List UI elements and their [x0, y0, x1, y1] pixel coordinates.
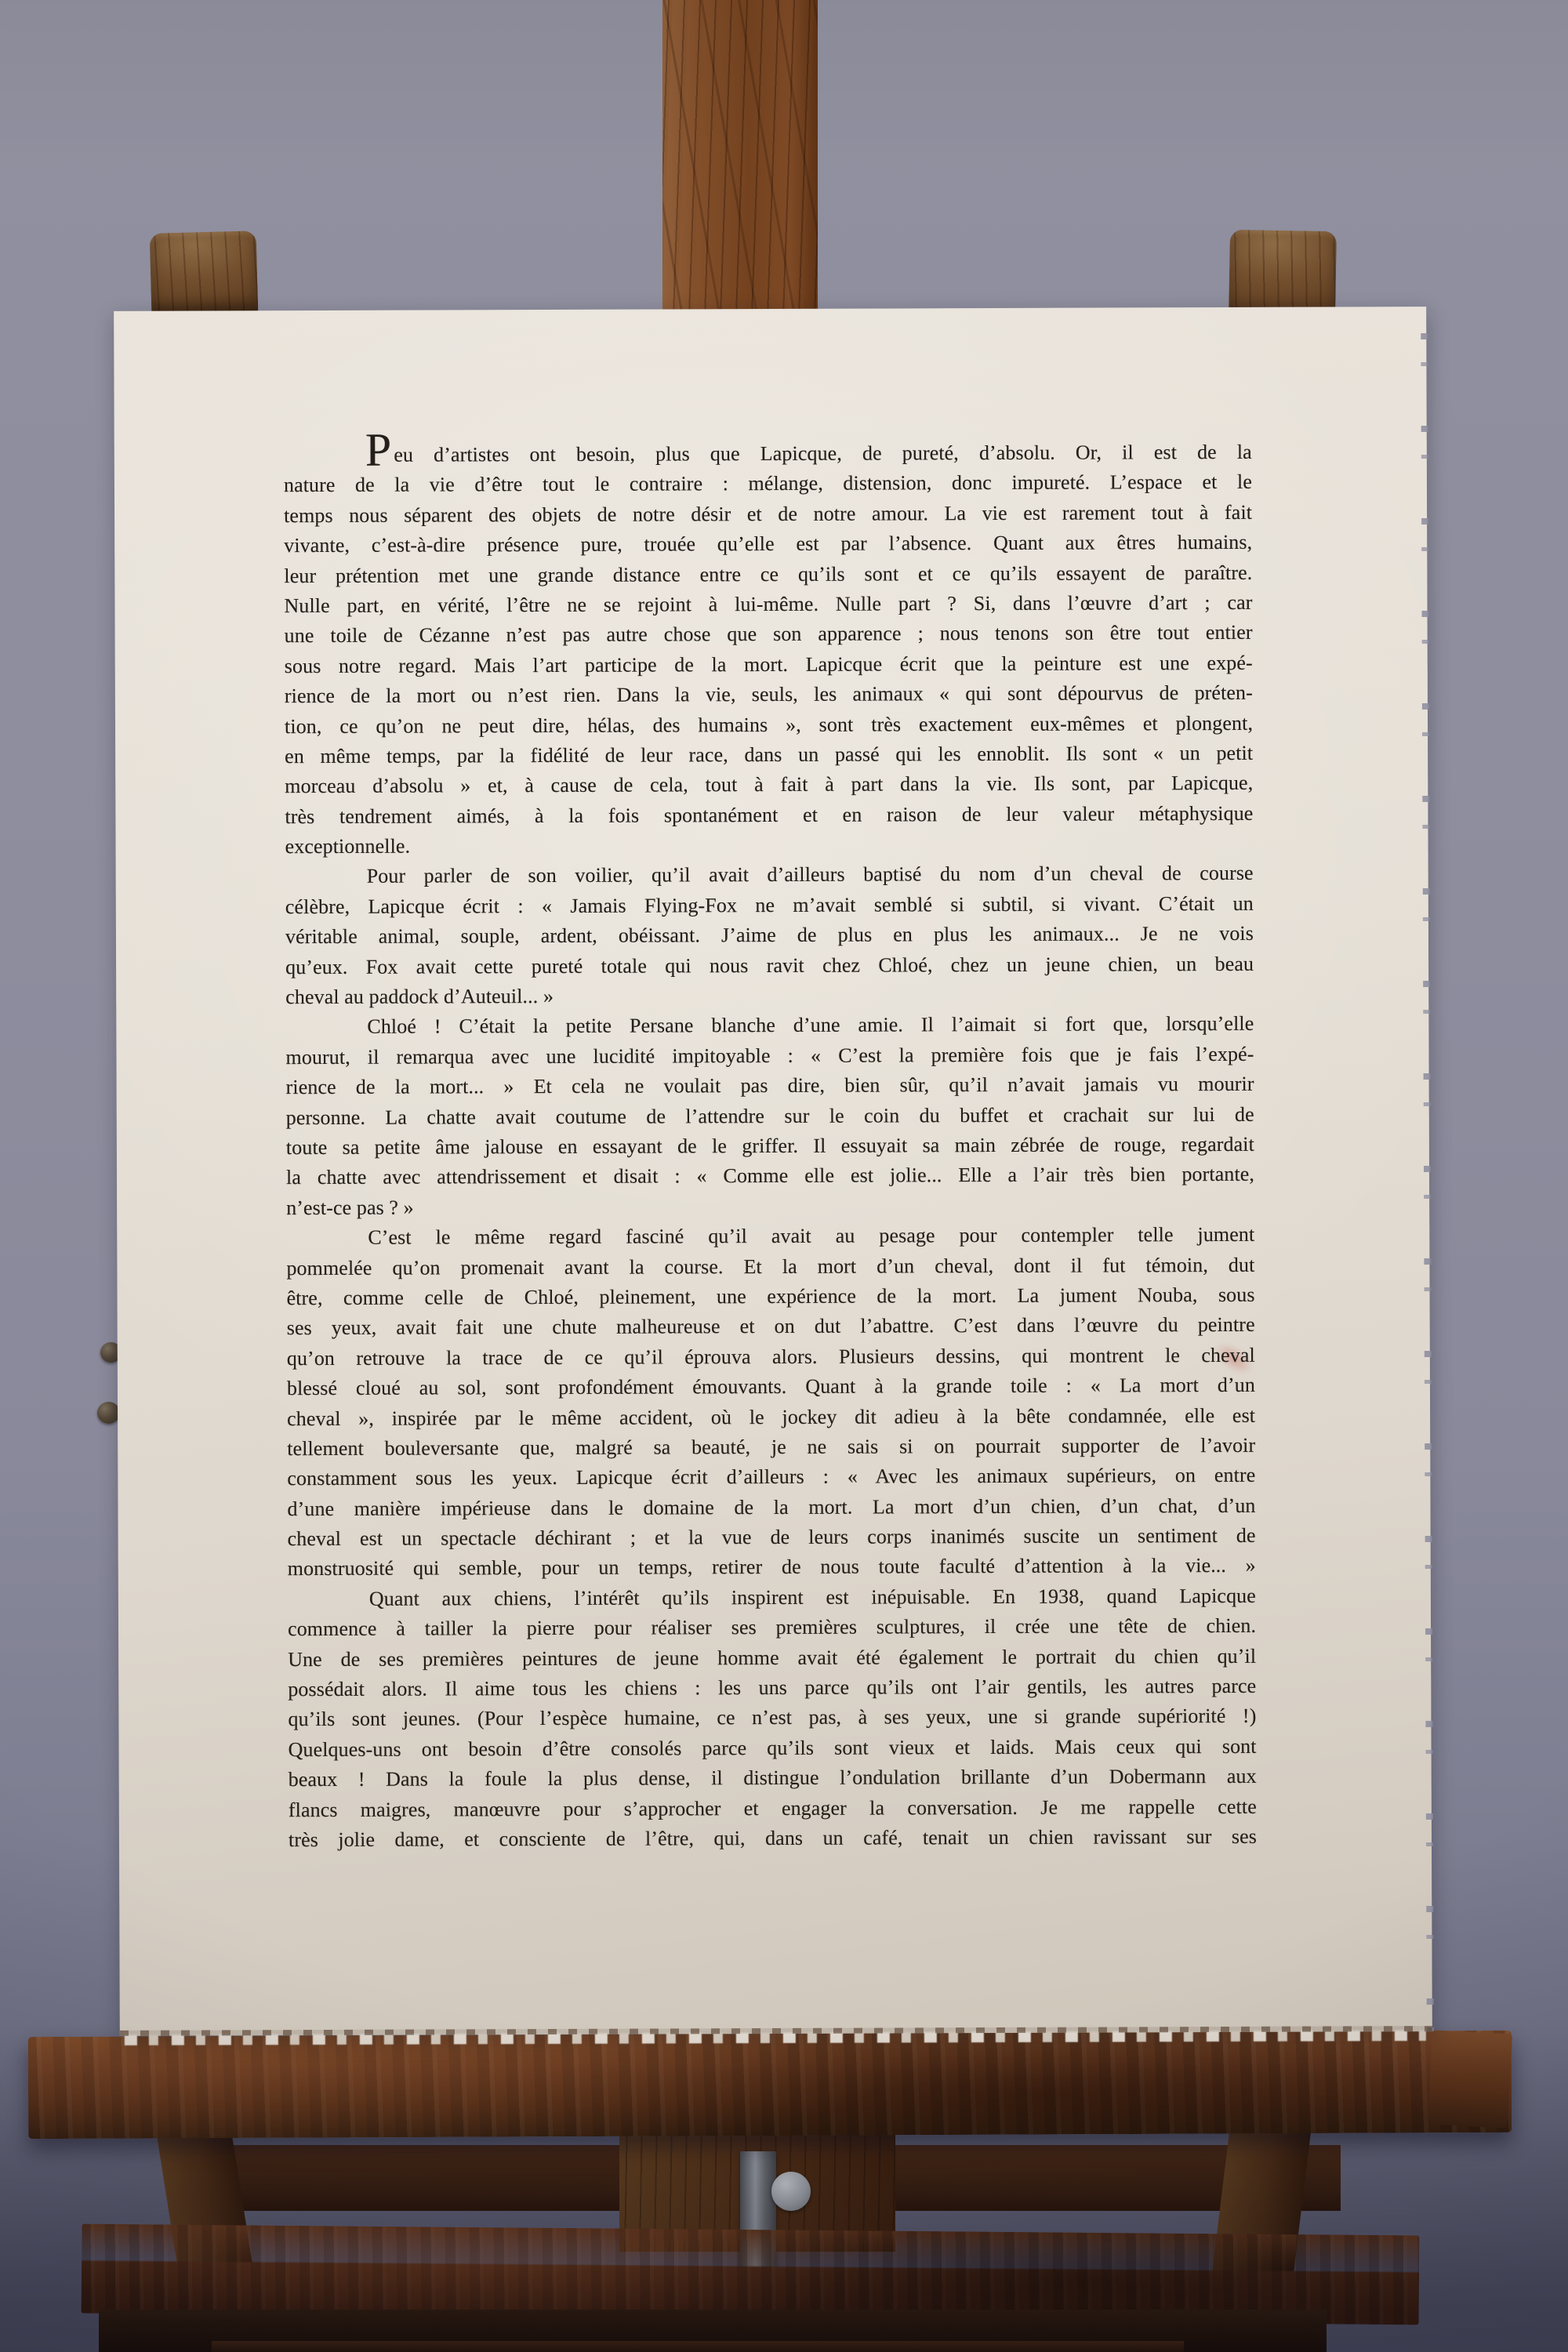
text-line: qu’on retrouve la trace de ce qu’il épro…	[287, 1341, 1255, 1374]
drop-cap: P	[365, 424, 392, 476]
text-line: rience de la mort... » Et cela ne voulai…	[286, 1069, 1254, 1103]
text-line: toute sa petite âme jalouse en essayant …	[286, 1130, 1254, 1163]
text-line: Peu d’artistes ont besoin, plus que Lapi…	[284, 437, 1252, 471]
easel-pin-icon	[97, 1402, 120, 1424]
text-line: vivante, c’est-à-dire présence pure, tro…	[284, 528, 1252, 561]
text-line: nature de la vie d’être tout le contrair…	[284, 467, 1252, 501]
easel-left-stile-top	[150, 230, 259, 315]
text-line: tion, ce qu’on ne peut dire, hélas, des …	[285, 708, 1253, 742]
text-line: cheval est un spectacle déchirant ; et l…	[288, 1521, 1256, 1555]
text-line: sous notre regard. Mais l’art participe …	[285, 648, 1253, 682]
page-bottom-edge-shadow	[120, 2026, 1432, 2036]
text-line: mourut, il remarqua avec une lucidité im…	[285, 1040, 1254, 1073]
text-line: la chatte avec attendrissement et disait…	[286, 1160, 1254, 1193]
text-line: morceau d’absolu » et, à cause de cela, …	[285, 768, 1253, 802]
text-line: temps nous séparent des objets de notre …	[284, 498, 1252, 532]
text-line: ses yeux, avait fait une chute malheureu…	[287, 1310, 1255, 1344]
text-line: monstruosité qui semble, pour un temps, …	[288, 1551, 1256, 1584]
text-line: cheval », inspirée par le même accident,…	[287, 1400, 1255, 1434]
book-page: Peu d’artistes ont besoin, plus que Lapi…	[114, 307, 1432, 2036]
text-block: Peu d’artistes ont besoin, plus que Lapi…	[284, 437, 1257, 1856]
easel-right-stile-top	[1229, 230, 1337, 319]
easel-base-edge	[212, 2341, 1184, 2352]
text-line: rience de la mort ou n’est rien. Dans la…	[285, 678, 1253, 712]
text-line: tellement bouleversante que, malgré sa b…	[287, 1431, 1255, 1465]
text-line: Nulle part, en vérité, l’être ne se rejo…	[284, 588, 1252, 622]
text-line: Quelques-uns ont besoin d’être consolés …	[289, 1732, 1257, 1766]
text-line: cheval au paddock d’Auteuil... »	[285, 979, 1254, 1013]
text-line: célèbre, Lapicque écrit : « Jamais Flyin…	[285, 889, 1254, 923]
text-line: très jolie dame, et consciente de l’être…	[289, 1822, 1257, 1856]
text-line: véritable animal, souple, ardent, obéiss…	[285, 919, 1254, 953]
text-line: blessé cloué au sol, sont profondément é…	[287, 1370, 1255, 1404]
text-line: n’est-ce pas ? »	[286, 1190, 1254, 1224]
text-line: très tendrement aimés, à la fois spontan…	[285, 799, 1253, 833]
metal-washer	[771, 2172, 811, 2211]
text-line: être, comme celle de Chloé, pleinement, …	[286, 1280, 1254, 1314]
text-line: possédait alors. Il aime tous les chiens…	[288, 1671, 1256, 1705]
text-line: Pour parler de son voilier, qu’il avait …	[285, 858, 1254, 892]
text-line: commence à tailler la pierre pour réalis…	[288, 1611, 1256, 1645]
text-line: qu’eux. Fox avait cette pureté totale qu…	[285, 949, 1254, 982]
text-line: Quant aux chiens, l’intérêt qu’ils inspi…	[288, 1581, 1256, 1615]
text-line: d’une manière impérieuse dans le domaine…	[287, 1491, 1255, 1525]
text-line: une toile de Cézanne n’est pas autre cho…	[285, 618, 1253, 652]
photo-scene: Peu d’artistes ont besoin, plus que Lapi…	[0, 0, 1568, 2352]
text-line: leur prétention met une grande distance …	[284, 557, 1252, 591]
text-line: pommelée qu’on promenait avant la course…	[286, 1250, 1254, 1283]
text-line: qu’ils sont jeunes. (Pour l’espèce humai…	[288, 1701, 1256, 1735]
easel-tray-end	[1428, 2030, 1512, 2128]
text-line: personne. La chatte avait coutume de l’a…	[286, 1099, 1254, 1133]
text-line: beaux ! Dans la foule la plus dense, il …	[289, 1762, 1257, 1795]
text-line: flancs maigres, manœuvre pour s’approche…	[289, 1791, 1257, 1825]
text-line: exceptionnelle.	[285, 829, 1253, 862]
text-line: Une de ses premières peintures de jeune …	[288, 1641, 1256, 1675]
text-line: constamment sous les yeux. Lapicque écri…	[287, 1461, 1255, 1494]
easel-tray	[28, 2031, 1512, 2139]
easel-center-post	[662, 0, 818, 314]
text-line: C’est le même regard fasciné qu’il avait…	[286, 1220, 1254, 1254]
text-line: en même temps, par la fidélité de leur r…	[285, 739, 1253, 772]
text-line: Chloé ! C’était la petite Persane blanch…	[285, 1009, 1254, 1043]
